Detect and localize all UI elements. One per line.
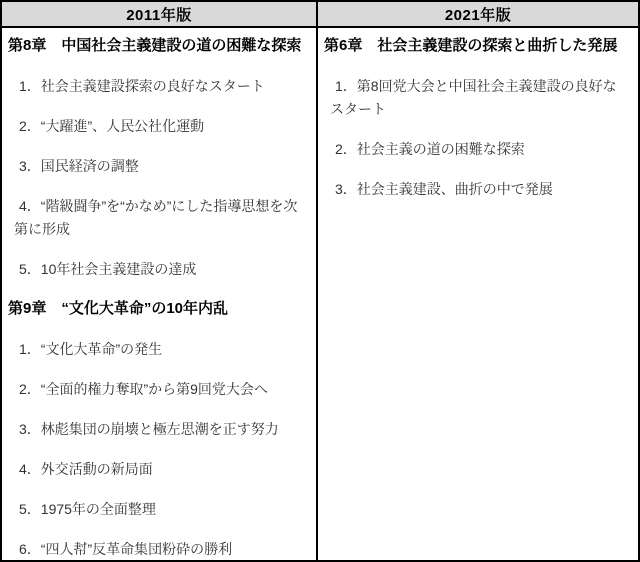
chapter-comparison-table: 2011年版 2021年版 第8章 中国社会主義建設の道の困難な探索 1．社会主… bbox=[0, 0, 640, 562]
toc-item: 2．“大躍進”、人民公社化運動 bbox=[6, 115, 306, 138]
column-body-2011: 第8章 中国社会主義建設の道の困難な探索 1．社会主義建設探索の良好なスタート … bbox=[2, 28, 318, 560]
chapter-8-heading: 第8章 中国社会主義建設の道の困難な探索 bbox=[6, 34, 306, 58]
toc-item: 3．林彪集団の崩壊と極左思潮を正す努力 bbox=[6, 418, 306, 441]
toc-item: 1．“文化大革命”の発生 bbox=[6, 338, 306, 361]
toc-item: 5．1975年の全面整理 bbox=[6, 498, 306, 521]
toc-item: 1．第8回党大会と中国社会主義建設の良好なスタート bbox=[322, 75, 628, 121]
toc-item: 4．外交活動の新局面 bbox=[6, 458, 306, 481]
chapter-6-heading: 第6章 社会主義建設の探索と曲折した発展 bbox=[322, 34, 628, 58]
column-header-2021: 2021年版 bbox=[318, 2, 638, 28]
toc-item: 6．“四人幇”反革命集団粉砕の勝利 bbox=[6, 538, 306, 560]
chapter-9-heading: 第9章 “文化大革命”の10年内乱 bbox=[6, 297, 306, 321]
toc-item: 2．社会主義の道の困難な探索 bbox=[322, 138, 628, 161]
column-header-2011: 2011年版 bbox=[2, 2, 318, 28]
column-body-2021: 第6章 社会主義建設の探索と曲折した発展 1．第8回党大会と中国社会主義建設の良… bbox=[318, 28, 638, 560]
toc-item: 1．社会主義建設探索の良好なスタート bbox=[6, 75, 306, 98]
toc-item: 4．“階級闘争”を“かなめ”にした指導思想を次第に形成 bbox=[6, 195, 306, 241]
toc-item: 3．国民経済の調整 bbox=[6, 155, 306, 178]
toc-item: 2．“全面的権力奪取”から第9回党大会へ bbox=[6, 378, 306, 401]
toc-item: 5．10年社会主義建設の達成 bbox=[6, 258, 306, 281]
table-grid: 2011年版 2021年版 第8章 中国社会主義建設の道の困難な探索 1．社会主… bbox=[2, 2, 638, 560]
toc-item: 3．社会主義建設、曲折の中で発展 bbox=[322, 178, 628, 201]
